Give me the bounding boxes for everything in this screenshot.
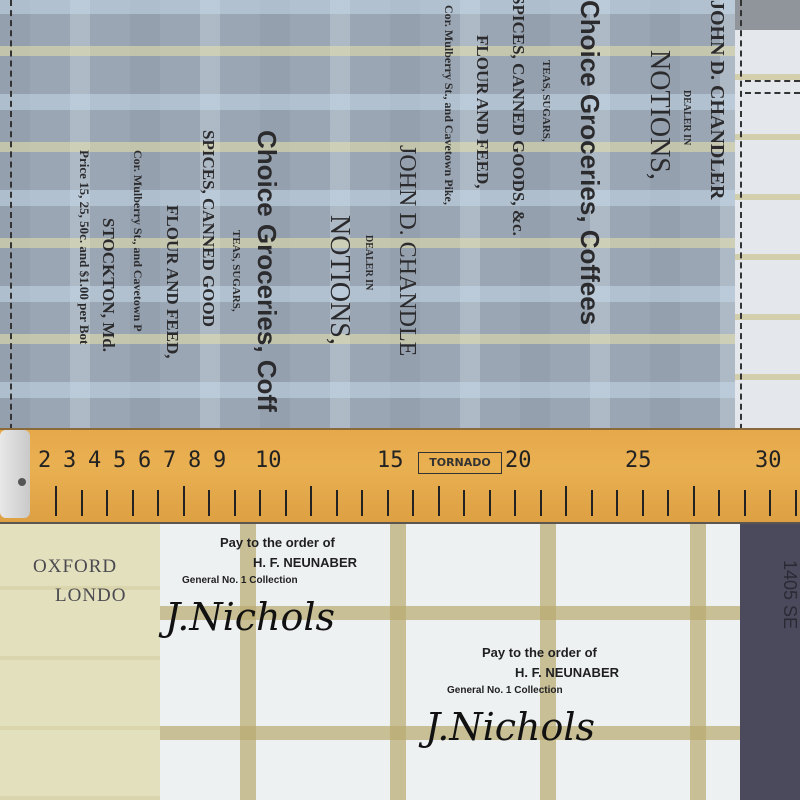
ruler-number: 6	[138, 448, 151, 473]
ruler-number: 25	[625, 448, 652, 473]
dark-strip-code: 1405 SE	[779, 560, 800, 629]
ruler-number: 8	[188, 448, 201, 473]
ruler-tick	[667, 490, 669, 516]
ad-heading: JOHN D. CHANDLER	[705, 0, 728, 199]
ad-address: Cor. Mulberry St., and Cavetown P	[130, 150, 145, 332]
ad-groceries: Choice Groceries, Coffees	[574, 0, 605, 325]
ruler-tick	[591, 490, 593, 516]
london-text: LONDO	[55, 585, 127, 607]
ruler-tick	[183, 486, 185, 516]
ruler-tick	[132, 490, 134, 516]
fabric-grey-corner	[735, 0, 800, 30]
ruler-tick	[55, 486, 57, 516]
check-general: General No. 1 Collection	[447, 685, 563, 696]
ruler-end-cap	[0, 430, 30, 518]
ruler-tick	[81, 490, 83, 516]
ruler-tick	[744, 490, 746, 516]
ad-flour: FLOUR AND FEED,	[162, 205, 182, 358]
ruler-tick	[565, 486, 567, 516]
ruler-tick	[387, 490, 389, 516]
check-payee: H. F. NEUNABER	[515, 665, 619, 680]
signature: J.Nichols	[425, 705, 595, 749]
ruler-tick	[106, 490, 108, 516]
ad-spices: SPICES, CANNED GOODS, &c.	[508, 0, 528, 236]
fabric-bottom-plaid	[160, 522, 740, 800]
ruler-number: 10	[255, 448, 282, 473]
ruler-tick	[285, 490, 287, 516]
ruler-tick	[310, 486, 312, 516]
ruler-tick	[616, 490, 618, 516]
ruler-number: 2	[38, 448, 51, 473]
ruler-number: 9	[213, 448, 226, 473]
ruler-tick	[489, 490, 491, 516]
ad-flour: FLOUR AND FEED,	[472, 35, 492, 188]
stitch-line	[745, 92, 800, 94]
ruler-brand-stamp: TORNADO	[418, 452, 502, 474]
ad-price-line: Price 15, 25, 50c. and $1.00 per Bot	[76, 150, 92, 344]
ruler-number: 7	[163, 448, 176, 473]
ad-teas: TEAS, SUGARS,	[540, 60, 552, 142]
ruler-number: 3	[63, 448, 76, 473]
ruler-number: 20	[505, 448, 532, 473]
ruler-tick	[514, 490, 516, 516]
ruler-tick	[361, 490, 363, 516]
ad-dealer: DEALER IN	[363, 235, 374, 290]
ruler-tick	[157, 490, 159, 516]
ruler-tick	[642, 490, 644, 516]
ad-dealer: DEALER IN	[681, 90, 692, 145]
ruler-tick	[208, 490, 210, 516]
ad-groceries: Choice Groceries, Coff	[251, 130, 282, 412]
ad-town: STOCKTON, Md.	[98, 218, 118, 352]
ad-address: Cor. Mulberry St., and Cavetown Pike,	[441, 5, 456, 205]
ruler-number: 15	[377, 448, 404, 473]
oxford-text: OXFORD	[33, 556, 117, 578]
ad-notions: NOTIONS,	[643, 50, 675, 180]
ruler-tick	[769, 490, 771, 516]
ad-spices: SPICES, CANNED GOOD	[198, 130, 218, 327]
wooden-ruler	[0, 428, 800, 524]
signature: J.Nichols	[165, 595, 335, 639]
stitch-line	[10, 0, 12, 440]
ruler-tick	[412, 490, 414, 516]
rivet-icon	[18, 478, 26, 486]
ruler-tick	[234, 490, 236, 516]
ruler-number: 30	[755, 448, 782, 473]
check-general: General No. 1 Collection	[182, 575, 298, 586]
ad-heading: JOHN D. CHANDLE	[393, 145, 420, 356]
check-pay-line: Pay to the order of	[482, 645, 597, 660]
ruler-tick	[693, 486, 695, 516]
stitch-line	[745, 80, 800, 82]
ruler-tick	[259, 490, 261, 516]
ruler-tick	[718, 490, 720, 516]
stitch-line	[740, 0, 742, 440]
check-pay-line: Pay to the order of	[220, 535, 335, 550]
ad-notions: NOTIONS,	[323, 215, 355, 345]
ruler-number: 4	[88, 448, 101, 473]
ruler-tick	[438, 486, 440, 516]
ruler-number: 5	[113, 448, 126, 473]
ruler-tick	[795, 490, 797, 516]
fabric-right-strip	[735, 0, 800, 440]
ad-teas: TEAS, SUGARS,	[230, 230, 242, 312]
ruler-tick	[336, 490, 338, 516]
ruler-tick	[463, 490, 465, 516]
check-payee: H. F. NEUNABER	[253, 555, 357, 570]
ruler-tick	[540, 490, 542, 516]
